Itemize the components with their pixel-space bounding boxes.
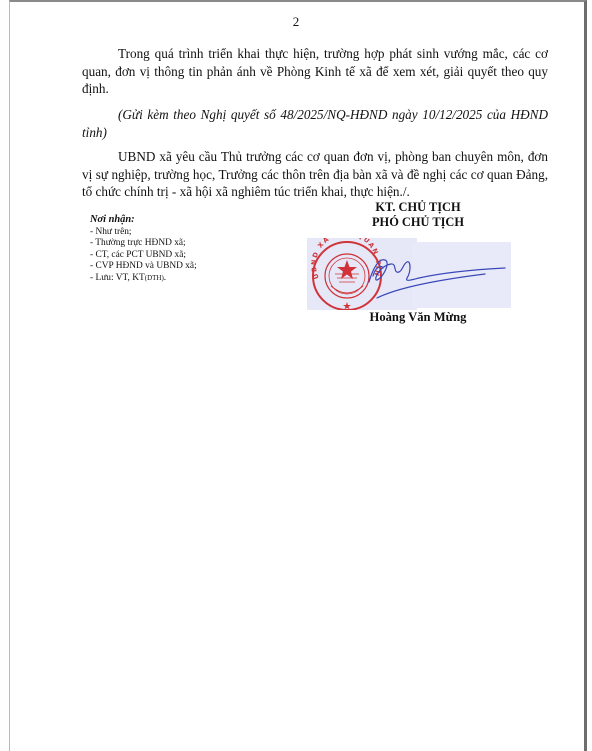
archive-code: (DTH) (145, 274, 164, 282)
archive-prefix: - Lưu: VT, KT (90, 273, 145, 283)
signature-title-block: KT. CHỦ TỊCH PHÓ CHỦ TỊCH (318, 200, 518, 230)
signature-title-line-2: PHÓ CHỦ TỊCH (318, 215, 518, 230)
document-viewer: 2 Trong quá trình triển khai thực hiện, … (0, 0, 592, 751)
recipient-item: - CT, các PCT UBND xã; (90, 250, 197, 262)
official-seal-icon: UBND XÃ VĂN QUAN TỈNH LẠNG SƠN (307, 238, 511, 310)
signer-name: Hoàng Văn Mừng (318, 310, 518, 325)
recipients-heading: Nơi nhận: (90, 214, 197, 226)
recipient-item-archive: - Lưu: VT, KT(DTH). (90, 273, 197, 285)
recipients-block: Nơi nhận: - Như trên; - Thường trực HĐND… (90, 214, 197, 284)
page-number: 2 (0, 14, 592, 30)
handwritten-signature-icon (369, 260, 505, 298)
body-paragraph-directive: UBND xã yêu cầu Thủ trưởng các cơ quan đ… (82, 148, 548, 201)
body-paragraph-attachment-note: (Gửi kèm theo Nghị quyết số 48/2025/NQ-H… (82, 106, 548, 141)
recipient-item: - Thường trực HĐND xã; (90, 238, 197, 250)
body-paragraph-feedback: Trong quá trình triển khai thực hiện, tr… (82, 45, 548, 98)
recipient-item: - Như trên; (90, 227, 197, 239)
archive-suffix: . (164, 273, 166, 283)
recipient-item: - CVP HĐND và UBND xã; (90, 261, 197, 273)
signature-title-line-1: KT. CHỦ TỊCH (318, 200, 518, 215)
stamp-and-signature: UBND XÃ VĂN QUAN TỈNH LẠNG SƠN (307, 238, 511, 310)
